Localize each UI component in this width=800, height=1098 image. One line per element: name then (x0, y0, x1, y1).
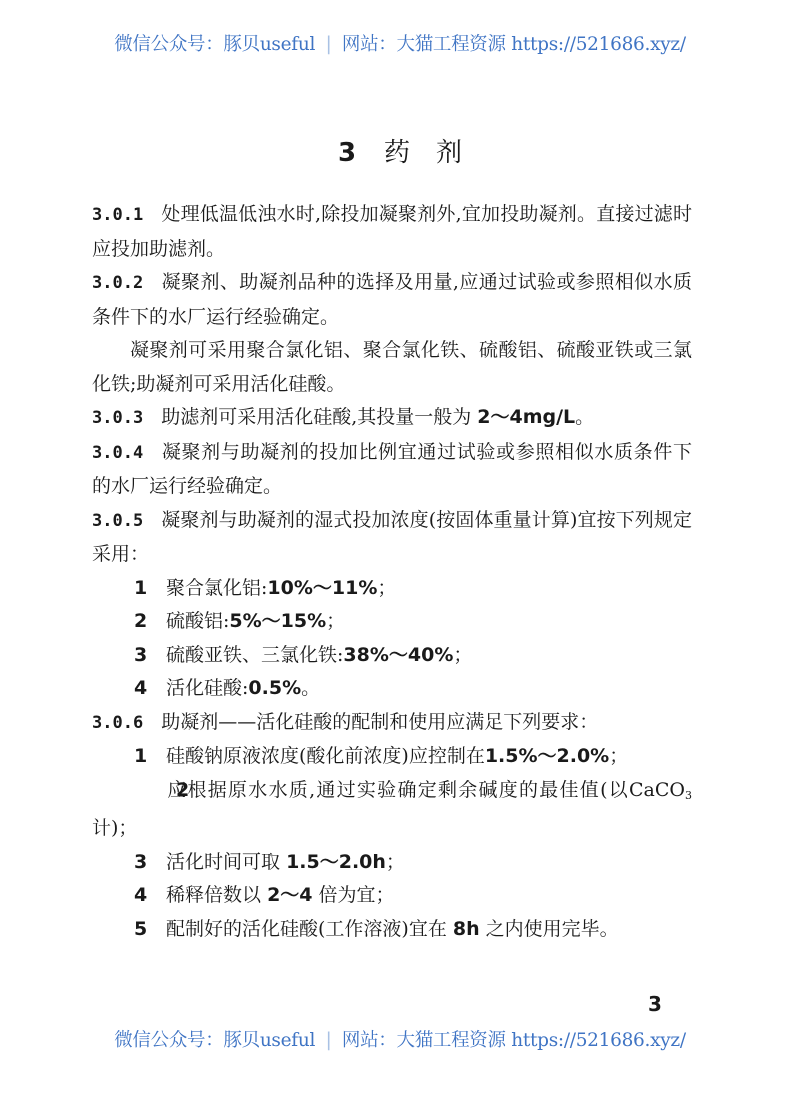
list-item: 4活化硅酸:0.5%。 (92, 672, 692, 706)
document-body: 3.0.1处理低温低浊水时,除投加凝聚剂外,宜加投助凝剂。直接过滤时应投加助滤剂… (92, 198, 692, 946)
list-item: 1硅酸钠原液浓度(酸化前浓度)应控制在1.5%～2.0%； (92, 740, 692, 774)
clause-3-0-5: 3.0.5凝聚剂与助凝剂的湿式投加浓度(按固体重量计算)宜按下列规定采用： (92, 504, 692, 572)
list-item: 2硫酸铝:5%～15%； (92, 605, 692, 639)
clause-3-0-2: 3.0.2凝聚剂、助凝剂品种的选择及用量,应通过试验或参照相似水质条件下的水厂运… (92, 266, 692, 334)
chapter-title: 3药 剂 (0, 132, 800, 169)
list-item: 2应根据原水水质,通过实验确定剩余碱度的最佳值(以CaCO3 计)； (92, 774, 692, 846)
clause-3-0-6: 3.0.6助凝剂——活化硅酸的配制和使用应满足下列要求： (92, 706, 692, 741)
clause-3-0-2-para2: 凝聚剂可采用聚合氯化铝、聚合氯化铁、硫酸铝、硫酸亚铁或三氯化铁;助凝剂可采用活化… (92, 334, 692, 401)
watermark-wechat: 微信公众号：豚贝useful (114, 1030, 315, 1051)
watermark-separator: | (323, 34, 334, 55)
chapter-name: 药 剂 (384, 138, 462, 168)
watermark-wechat: 微信公众号：豚贝useful (114, 34, 315, 55)
watermark-separator: | (323, 1030, 334, 1051)
watermark-site: 网站：大猫工程资源 https://521686.xyz/ (342, 1030, 686, 1051)
watermark-site: 网站：大猫工程资源 https://521686.xyz/ (342, 34, 686, 55)
page-number: 3 (648, 992, 662, 1016)
clause-3-0-3: 3.0.3助滤剂可采用活化硅酸,其投量一般为 2～4mg/L。 (92, 401, 692, 436)
list-item: 5配制好的活化硅酸(工作溶液)宜在 8h 之内使用完毕。 (92, 913, 692, 947)
list-item: 3硫酸亚铁、三氯化铁:38%～40%； (92, 639, 692, 673)
list-item: 1聚合氯化铝:10%～11%； (92, 572, 692, 606)
list-item: 4稀释倍数以 2～4 倍为宜； (92, 879, 692, 913)
clause-3-0-4: 3.0.4凝聚剂与助凝剂的投加比例宜通过试验或参照相似水质条件下的水厂运行经验确… (92, 436, 692, 504)
watermark-footer: 微信公众号：豚贝useful|网站：大猫工程资源 https://521686.… (0, 1026, 800, 1052)
clause-3-0-1: 3.0.1处理低温低浊水时,除投加凝聚剂外,宜加投助凝剂。直接过滤时应投加助滤剂… (92, 198, 692, 266)
watermark-header: 微信公众号：豚贝useful|网站：大猫工程资源 https://521686.… (0, 30, 800, 56)
list-item: 3活化时间可取 1.5～2.0h； (92, 846, 692, 880)
chapter-number: 3 (338, 138, 356, 168)
